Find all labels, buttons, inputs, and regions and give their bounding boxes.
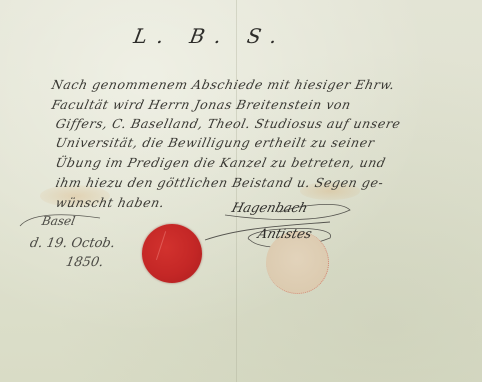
red-wax-seal bbox=[142, 224, 202, 283]
signature-antistes: Antistes bbox=[256, 227, 313, 242]
signature-hagenbach: Hagenbach bbox=[230, 201, 309, 216]
pen-flourishes bbox=[0, 0, 482, 382]
document-page: L. B. S. Nach genommenem Abschiede mit h… bbox=[0, 0, 482, 382]
seal-imprint bbox=[156, 231, 187, 267]
